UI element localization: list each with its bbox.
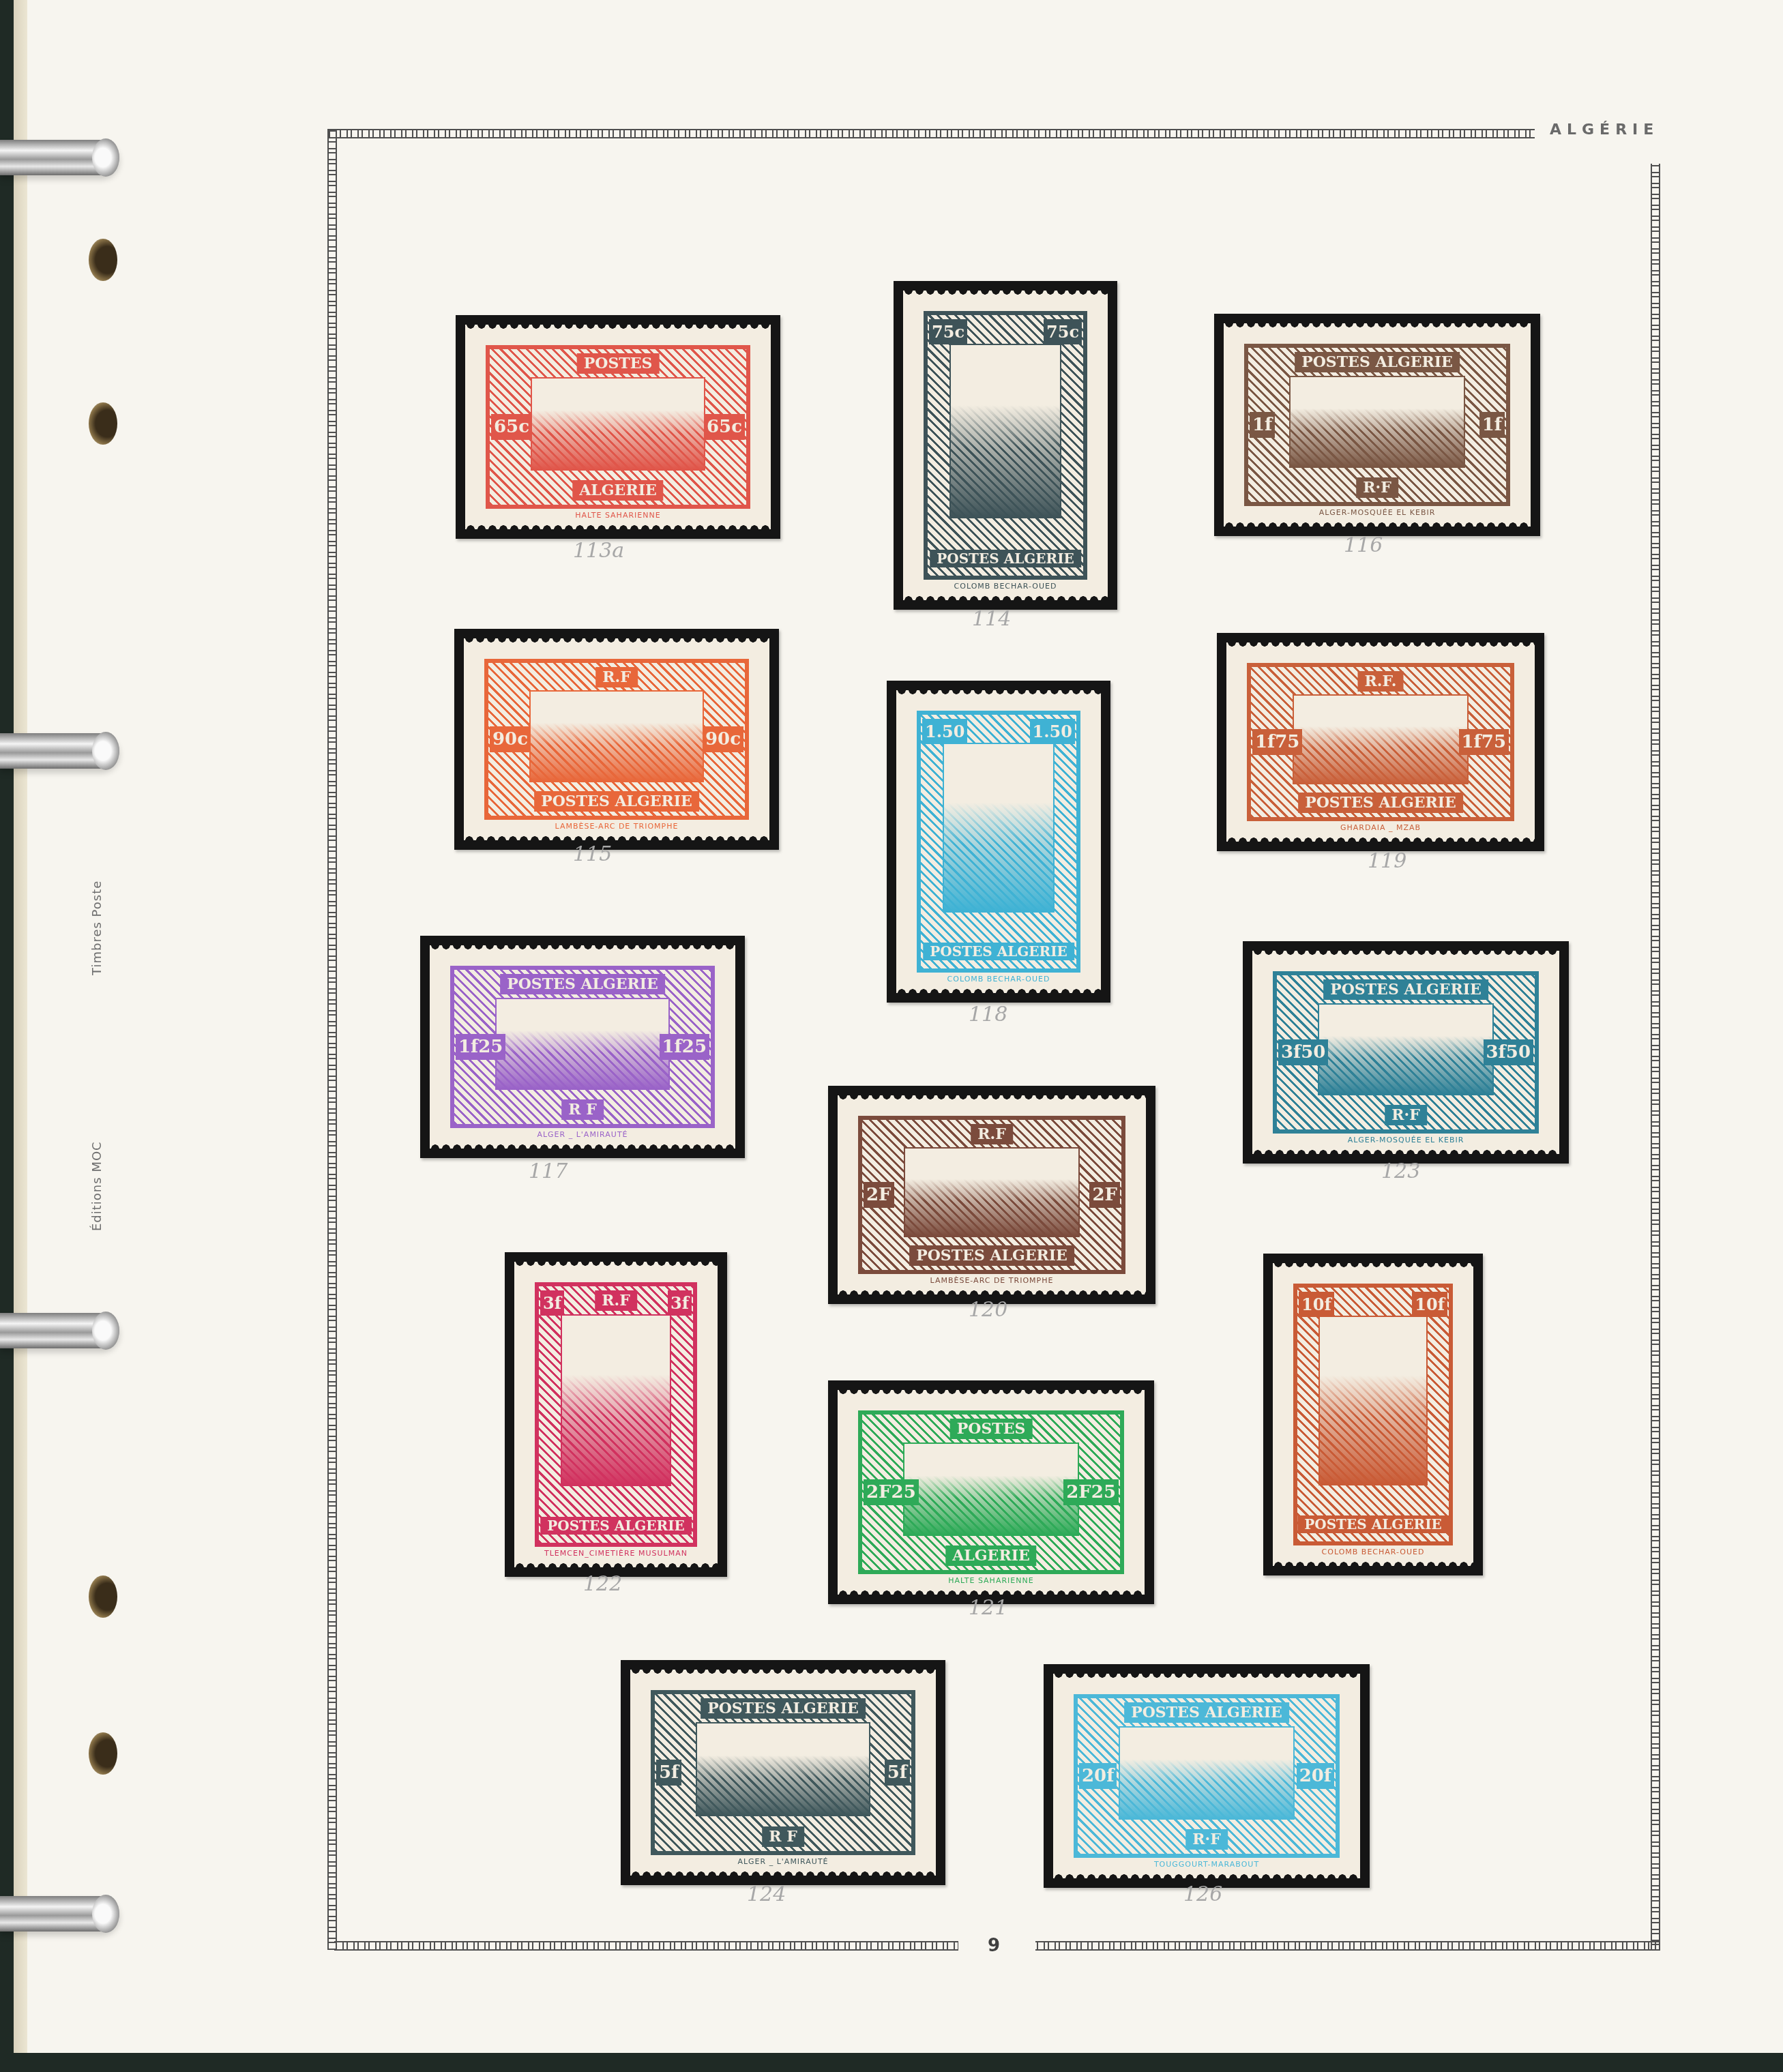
catalog-number: 121: [969, 1596, 1007, 1620]
stamp-denomination-right: 2F: [1089, 1182, 1120, 1208]
stamp-denomination-left: 1f25: [456, 1034, 505, 1060]
stamp-mount[interactable]: POSTES ALGERIE R·F 20f 20f TOUGGOURT-MAR…: [1044, 1664, 1370, 1888]
stamp-caption: ALGER-MOSQUÉE EL KEBIR: [1224, 508, 1531, 517]
stamp-denomination-left: 65c: [491, 414, 532, 440]
stamp: R.F. POSTES ALGERIE 1f75 1f75 GHARDAIA _…: [1226, 642, 1535, 842]
stamp: POSTES ALGERIE R F 1f25 1f25 ALGER _ L'A…: [430, 945, 735, 1149]
punch-hole-icon: [89, 1575, 117, 1618]
country-heading: ALGÉRIE: [1550, 121, 1659, 138]
stamp-denomination-right: 3f50: [1484, 1039, 1533, 1065]
stamp-frame: POSTES ALGERIE 65c 65c: [486, 345, 750, 509]
stamp-bottom-inscription: R·F: [1385, 1105, 1427, 1125]
stamp-caption: COLOMB BECHAR-OUED: [896, 975, 1101, 983]
punch-hole-icon: [89, 402, 117, 445]
stamp-vignette: [1293, 694, 1469, 784]
stamp-frame: POSTES ALGERIE 2F25 2F25: [858, 1410, 1124, 1574]
stamp-denomination-left: 1f: [1250, 412, 1275, 438]
binder-spine: [14, 0, 27, 2053]
stamp-denomination-right: 75c: [1044, 319, 1082, 344]
stamp-top-inscription: R.F: [595, 667, 638, 687]
stamp-bottom-inscription: ALGERIE: [945, 1545, 1036, 1566]
stamp-top-inscription: R.F.: [1357, 671, 1403, 692]
stamp: POSTES ALGERIE 75c 75c COLOMB BECHAR-OUE…: [903, 291, 1108, 600]
stamp-bottom-inscription: R·F: [1185, 1829, 1228, 1850]
stamp-denomination-right: 1.50: [1030, 719, 1075, 744]
stamp: POSTES ALGERIE R·F 20f 20f TOUGGOURT-MAR…: [1053, 1674, 1360, 1878]
border-right: [1651, 164, 1660, 1951]
stamp-bottom-inscription: R·F: [1356, 477, 1398, 498]
punch-hole-icon: [89, 239, 117, 281]
stamp-mount[interactable]: R.F POSTES ALGERIE 2F 2F LAMBÈSE-ARC DE …: [828, 1086, 1155, 1304]
stamp: R.F POSTES ALGERIE 3f 3f TLEMCEN_CIMETIÈ…: [514, 1262, 718, 1567]
stamp-vignette: [1318, 1003, 1493, 1096]
stamp-frame: POSTES ALGERIE R F 1f25 1f25: [450, 966, 715, 1128]
stamp-bottom-inscription: R F: [762, 1826, 804, 1847]
binder-ring-icon: [0, 140, 119, 175]
stamp-frame: POSTES ALGERIE R·F 3f50 3f50: [1273, 971, 1539, 1134]
stamp: POSTES ALGERIE 1.50 1.50 COLOMB BECHAR-O…: [896, 690, 1101, 993]
border-bottom-right: [1035, 1941, 1660, 1951]
stamp-top-inscription: POSTES ALGERIE: [1295, 352, 1460, 372]
stamp-bottom-inscription: POSTES ALGERIE: [1298, 793, 1463, 813]
stamp-denomination-left: 2F: [864, 1182, 894, 1208]
stamp-frame: POSTES ALGERIE 1.50 1.50: [917, 711, 1080, 973]
stamp-top-inscription: POSTES ALGERIE: [500, 974, 665, 994]
stamp-mount[interactable]: POSTES ALGERIE R·F 3f50 3f50 ALGER-MOSQU…: [1243, 941, 1569, 1164]
stamp-bottom-inscription: R F: [561, 1099, 604, 1120]
stamp-denomination-right: 20f: [1297, 1763, 1334, 1789]
stamp: POSTES ALGERIE 2F25 2F25 HALTE SAHARIENN…: [838, 1390, 1145, 1595]
stamp-top-inscription: R.F: [595, 1290, 637, 1311]
stamp-denomination-left: 3f50: [1278, 1039, 1328, 1065]
stamp-bottom-inscription: POSTES ALGERIE: [540, 1517, 692, 1535]
stamp-caption: ALGER-MOSQUÉE EL KEBIR: [1252, 1136, 1559, 1144]
stamp-frame: POSTES ALGERIE 75c 75c: [924, 311, 1087, 580]
stamp-bottom-inscription: POSTES ALGERIE: [1297, 1515, 1449, 1533]
catalog-number: 115: [573, 842, 612, 866]
stamp-mount[interactable]: POSTES ALGERIE R F 5f 5f ALGER _ L'AMIRA…: [621, 1660, 945, 1885]
stamp-vignette: [1318, 1316, 1428, 1485]
stamp-vignette: [529, 690, 704, 782]
stamp-vignette: [949, 344, 1061, 518]
stamp-vignette: [561, 1314, 672, 1486]
publisher-series-label: Timbres Poste: [90, 880, 104, 975]
stamp-mount[interactable]: POSTES ALGERIE R F 1f25 1f25 ALGER _ L'A…: [420, 936, 745, 1158]
stamp-vignette: [1289, 376, 1464, 469]
stamp-frame: POSTES ALGERIE R·F 20f 20f: [1074, 1694, 1340, 1858]
catalog-number: 114: [972, 607, 1011, 631]
stamp-caption: ALGER _ L'AMIRAUTÉ: [430, 1130, 735, 1139]
binder-ring-icon: [0, 733, 119, 769]
stamp-frame: POSTES ALGERIE R·F 1f 1f: [1244, 344, 1510, 506]
stamp-caption: HALTE SAHARIENNE: [465, 511, 771, 520]
stamp-bottom-inscription: ALGERIE: [572, 480, 663, 501]
stamp-mount[interactable]: POSTES ALGERIE 75c 75c COLOMB BECHAR-OUE…: [894, 281, 1117, 610]
stamp-denomination-right: 90c: [703, 726, 743, 752]
stamp-frame: R.F POSTES ALGERIE 90c 90c: [484, 659, 749, 820]
stamp-caption: LAMBÈSE-ARC DE TRIOMPHE: [464, 822, 769, 831]
catalog-number: 119: [1368, 849, 1406, 873]
catalog-number: 120: [969, 1298, 1007, 1322]
stamp-denomination-right: 65c: [704, 414, 745, 440]
stamp-vignette: [531, 377, 705, 471]
stamp-mount[interactable]: POSTES ALGERIE R·F 1f 1f ALGER-MOSQUÉE E…: [1214, 314, 1540, 536]
publisher-name-label: Éditions MOC: [90, 1141, 104, 1231]
stamp-vignette: [495, 998, 670, 1091]
catalog-number: 122: [583, 1572, 622, 1596]
stamp-denomination-left: 1f75: [1252, 729, 1302, 755]
stamp-caption: LAMBÈSE-ARC DE TRIOMPHE: [838, 1276, 1146, 1285]
stamp: POSTES ALGERIE 10f 10f COLOMB BECHAR-OUE…: [1273, 1263, 1473, 1566]
stamp-caption: ALGER _ L'AMIRAUTÉ: [630, 1857, 936, 1866]
stamp-caption: TOUGGOURT-MARABOUT: [1053, 1860, 1360, 1869]
stamp-vignette: [696, 1722, 870, 1816]
stamp-vignette: [903, 1442, 1078, 1536]
stamp: POSTES ALGERIE R·F 1f 1f ALGER-MOSQUÉE E…: [1224, 323, 1531, 527]
border-top: [327, 129, 1535, 138]
catalog-number: 123: [1381, 1159, 1420, 1183]
catalog-number: 113a: [573, 539, 624, 563]
stamp-denomination-left: 1.50: [922, 719, 967, 744]
stamp-caption: COLOMB BECHAR-OUED: [903, 582, 1108, 591]
stamp-denomination-right: 1f25: [660, 1034, 709, 1060]
stamp-denomination-right: 10f: [1412, 1292, 1447, 1317]
stamp-caption: COLOMB BECHAR-OUED: [1273, 1548, 1473, 1556]
catalog-number: 118: [969, 1003, 1007, 1026]
catalog-number: 117: [529, 1159, 568, 1183]
stamp-frame: R.F POSTES ALGERIE 3f 3f: [535, 1282, 697, 1547]
stamp-denomination-right: 1f: [1479, 412, 1505, 438]
stamp-mount[interactable]: POSTES ALGERIE 10f 10f COLOMB BECHAR-OUE…: [1263, 1254, 1483, 1575]
stamp-top-inscription: R.F: [971, 1124, 1013, 1144]
stamp-denomination-right: 1f75: [1459, 729, 1509, 755]
binder-ring-icon: [0, 1896, 119, 1932]
stamp-frame: POSTES ALGERIE 10f 10f: [1293, 1284, 1453, 1545]
stamp-mount[interactable]: R.F. POSTES ALGERIE 1f75 1f75 GHARDAIA _…: [1217, 633, 1544, 851]
stamp-caption: GHARDAIA _ MZAB: [1226, 823, 1535, 832]
stamp-mount[interactable]: POSTES ALGERIE 1.50 1.50 COLOMB BECHAR-O…: [887, 681, 1110, 1003]
stamp: POSTES ALGERIE R F 5f 5f ALGER _ L'AMIRA…: [630, 1670, 936, 1876]
stamp-bottom-inscription: POSTES ALGERIE: [923, 943, 1074, 960]
stamp: POSTES ALGERIE 65c 65c HALTE SAHARIENNE: [465, 325, 771, 529]
punch-hole-icon: [89, 1732, 117, 1775]
stamp-denomination-left: 2F25: [864, 1479, 919, 1505]
stamp: R.F POSTES ALGERIE 90c 90c LAMBÈSE-ARC D…: [464, 638, 769, 840]
stamp-denomination-left: 75c: [929, 319, 967, 344]
stamp-frame: POSTES ALGERIE R F 5f 5f: [651, 1690, 915, 1855]
stamp-vignette: [904, 1147, 1080, 1237]
stamp-denomination-left: 3f: [540, 1290, 564, 1316]
stamp-mount[interactable]: R.F POSTES ALGERIE 3f 3f TLEMCEN_CIMETIÈ…: [505, 1252, 727, 1577]
catalog-number: 116: [1344, 533, 1383, 557]
stamp-denomination-right: 5f: [885, 1760, 910, 1786]
stamp-denomination-left: 90c: [490, 726, 531, 752]
stamp-mount[interactable]: POSTES ALGERIE 65c 65c HALTE SAHARIENNE: [456, 315, 780, 539]
stamp-bottom-inscription: POSTES ALGERIE: [930, 550, 1081, 567]
stamp-caption: HALTE SAHARIENNE: [838, 1576, 1145, 1585]
stamp-top-inscription: POSTES: [950, 1419, 1033, 1439]
stamp-frame: R.F POSTES ALGERIE 2F 2F: [858, 1116, 1125, 1274]
stamp-denomination-left: 5f: [656, 1760, 681, 1786]
stamp-mount[interactable]: R.F POSTES ALGERIE 90c 90c LAMBÈSE-ARC D…: [454, 629, 779, 850]
stamp-top-inscription: POSTES ALGERIE: [1323, 979, 1488, 1000]
stamp-denomination-right: 2F25: [1063, 1479, 1119, 1505]
catalog-number: 124: [747, 1882, 786, 1906]
stamp-vignette: [1119, 1726, 1294, 1820]
stamp-top-inscription: POSTES: [577, 353, 660, 374]
stamp-top-inscription: POSTES ALGERIE: [1124, 1702, 1289, 1723]
stamp-mount[interactable]: POSTES ALGERIE 2F25 2F25 HALTE SAHARIENN…: [828, 1380, 1154, 1604]
stamp-denomination-left: 10f: [1299, 1292, 1334, 1317]
stamp-frame: R.F. POSTES ALGERIE 1f75 1f75: [1247, 663, 1514, 821]
stamp-bottom-inscription: POSTES ALGERIE: [909, 1245, 1074, 1266]
border-bottom-left: [334, 1941, 958, 1951]
border-left: [327, 129, 337, 1950]
stamp-vignette: [943, 743, 1055, 913]
binder-ring-icon: [0, 1313, 119, 1348]
stamp-top-inscription: POSTES ALGERIE: [701, 1698, 866, 1719]
stamp-caption: TLEMCEN_CIMETIÈRE MUSULMAN: [514, 1549, 718, 1558]
stamp-bottom-inscription: POSTES ALGERIE: [534, 791, 699, 812]
stamp: POSTES ALGERIE R·F 3f50 3f50 ALGER-MOSQU…: [1252, 951, 1559, 1154]
stamp-denomination-left: 20f: [1079, 1763, 1117, 1789]
page-number: 9: [988, 1936, 1000, 1956]
catalog-number: 126: [1183, 1882, 1222, 1906]
stamp: R.F POSTES ALGERIE 2F 2F LAMBÈSE-ARC DE …: [838, 1095, 1146, 1294]
stamp-denomination-right: 3f: [668, 1290, 692, 1316]
